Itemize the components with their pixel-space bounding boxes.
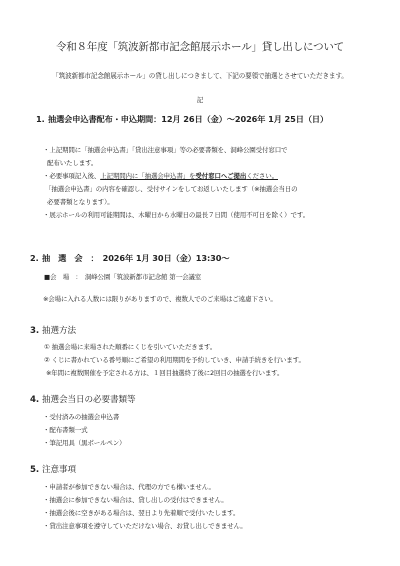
section-number: 3. [30,326,42,336]
method-step-2: ② くじに書かれている番号順にご希望の利用期間を予約していき、申請手続きを行いま… [44,355,305,364]
intro-text: 「筑波新都市記念館展示ホール」の貸し出しにつきまして、下記の要領で抽選とさせてい… [0,70,400,80]
section-3-heading: 3.抽選方法 [30,324,76,336]
caution-item: ・抽選会に参加できない場合は、貸し出しの受付はできません。 [43,495,228,504]
section-1-line: 「抽選会申込書」の内容を確認し、受付サインをしてお返しいたします（※抽選会当日の [45,184,298,193]
caution-item: ・申請者が参加できない場合は、代理の方でも構いません。 [43,482,215,491]
line-text: ・必要事項記入後、 [43,172,100,180]
method-step-1: ① 抽選会場に来場された順番にくじを引いていただきます。 [44,342,216,351]
capacity-note: ※会場に入れる人数には限りがありますので、複数人でのご来場はご遠慮下さい。 [43,294,277,303]
section-1-line: ・必要事項記入後、上記期間内に「抽選会申込書」を受付窓口へご提出ください。 [43,171,278,180]
section-heading-text: 抽 選 会 ： 2026年 1月 30日（金）13:30～ [42,253,229,263]
caution-item: ・抽選会後に空きがある場合は、翌日より先着順で受付いたします。 [43,508,239,517]
section-number: 5. [30,465,42,475]
method-note: ※年間に複数開催を予定される方は、１回目抽選終了後に2回目の抽選を行います。 [46,368,283,377]
section-1-line: 必要書類となります）。 [47,197,114,206]
caution-item: ・貸出注意事項を遵守していただけない場合、お貸し出しできません。 [43,521,247,530]
section-4-heading: 4.抽選会当日の必要書類等 [30,393,135,405]
section-heading-text: 抽選方法 [42,326,76,336]
underlined-bold-text: 受付窓口へご提出 [195,172,246,180]
required-item: ・受付済みの抽選会申込書 [43,412,119,421]
section-1-heading: 1.抽選会申込書配布・申込期間：12月 26日（金）～2026年 1月 25日（… [36,114,328,125]
section-heading-text: 注意事項 [42,465,76,475]
page-title: 令和８年度「筑波新都市記念館展示ホール」貸し出しについて [0,39,400,54]
section-heading-text: 抽選会申込書配布・申込期間：12月 26日（金）～2026年 1月 25日（日） [48,114,328,124]
required-item: ・筆記用具（黒ボールペン） [43,438,125,447]
section-5-heading: 5.注意事項 [30,463,76,475]
section-2-heading: 2.抽 選 会 ： 2026年 1月 30日（金）13:30～ [30,253,229,264]
required-item: ・配布書類一式 [43,425,87,434]
section-1-line: ・上記期間に「抽選会申込書」「貸出注意事項」等の必要書類を、洞峰公園受付窓口で [43,145,287,154]
venue-line: ■会 場 ： 洞峰公園「筑波新都市記念館 第一会議室 [44,272,201,281]
underlined-text: 上記期間内に「抽選会申込書」を [100,172,195,180]
section-1-line: ・展示ホールの利用可能期間は、木曜日から水曜日の最長７日間（使用不可日を除く）で… [43,210,309,219]
ki-marker: 記 [0,95,400,104]
section-heading-text: 抽選会当日の必要書類等 [42,395,135,405]
section-number: 4. [30,395,42,405]
underlined-text: ください。 [246,172,278,180]
document-page: 令和８年度「筑波新都市記念館展示ホール」貸し出しについて 「筑波新都市記念館展示… [0,0,400,566]
section-number: 1. [36,114,48,124]
section-1-line: 配布いたします。 [47,158,97,167]
section-number: 2. [30,253,42,263]
